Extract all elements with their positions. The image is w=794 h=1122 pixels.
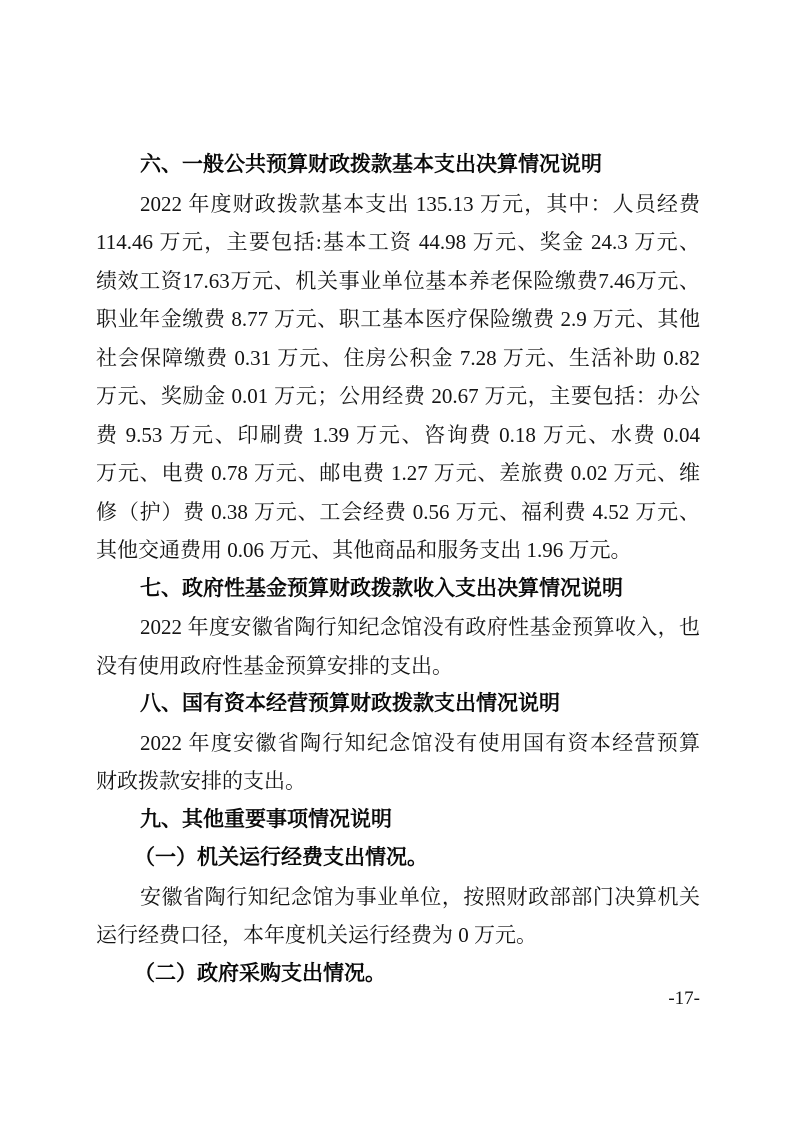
paragraph-line: 财政拨款安排的支出。 [96, 762, 700, 801]
section-8-heading: 八、国有资本经营预算财政拨款支出情况说明 [96, 685, 700, 724]
paragraph-line: 安徽省陶行知纪念馆为事业单位，按照财政部部门决算机关 [96, 878, 700, 917]
paragraph-line: 绩效工资17.63万元、机关事业单位基本养老保险缴费7.46万元、 [96, 262, 700, 301]
paragraph-line: 没有使用政府性基金预算安排的支出。 [96, 647, 700, 686]
section-7-heading: 七、政府性基金预算财政拨款收入支出决算情况说明 [96, 570, 700, 609]
paragraph-line: 2022 年度安徽省陶行知纪念馆没有使用国有资本经营预算 [96, 724, 700, 763]
paragraph-line: 万元、电费 0.78 万元、邮电费 1.27 万元、差旅费 0.02 万元、维 [96, 454, 700, 493]
paragraph-line: 运行经费口径，本年度机关运行经费为 0 万元。 [96, 916, 700, 955]
section-6-heading: 六、一般公共预算财政拨款基本支出决算情况说明 [96, 146, 700, 185]
section-9-heading: 九、其他重要事项情况说明 [96, 801, 700, 840]
paragraph-line: 费 9.53 万元、印刷费 1.39 万元、咨询费 0.18 万元、水费 0.0… [96, 416, 700, 455]
paragraph-line: 万元、奖励金 0.01 万元；公用经费 20.67 万元，主要包括：办公 [96, 377, 700, 416]
section-9-sub1-heading: （一）机关运行经费支出情况。 [96, 839, 700, 878]
paragraph-line: 职业年金缴费 8.77 万元、职工基本医疗保险缴费 2.9 万元、其他 [96, 300, 700, 339]
paragraph-line: 2022 年度安徽省陶行知纪念馆没有政府性基金预算收入，也 [96, 608, 700, 647]
paragraph-line: 其他交通费用 0.06 万元、其他商品和服务支出 1.96 万元。 [96, 531, 700, 570]
page-number: -17- [96, 988, 704, 1010]
paragraph-line: 2022 年度财政拨款基本支出 135.13 万元，其中：人员经费 [96, 185, 700, 224]
page-content: 六、一般公共预算财政拨款基本支出决算情况说明 2022 年度财政拨款基本支出 1… [96, 146, 700, 993]
document-page: 六、一般公共预算财政拨款基本支出决算情况说明 2022 年度财政拨款基本支出 1… [0, 0, 794, 1122]
paragraph-line: 修（护）费 0.38 万元、工会经费 0.56 万元、福利费 4.52 万元、 [96, 493, 700, 532]
paragraph-line: 社会保障缴费 0.31 万元、住房公积金 7.28 万元、生活补助 0.82 [96, 339, 700, 378]
paragraph-line: 114.46 万元，主要包括:基本工资 44.98 万元、奖金 24.3 万元、 [96, 223, 700, 262]
